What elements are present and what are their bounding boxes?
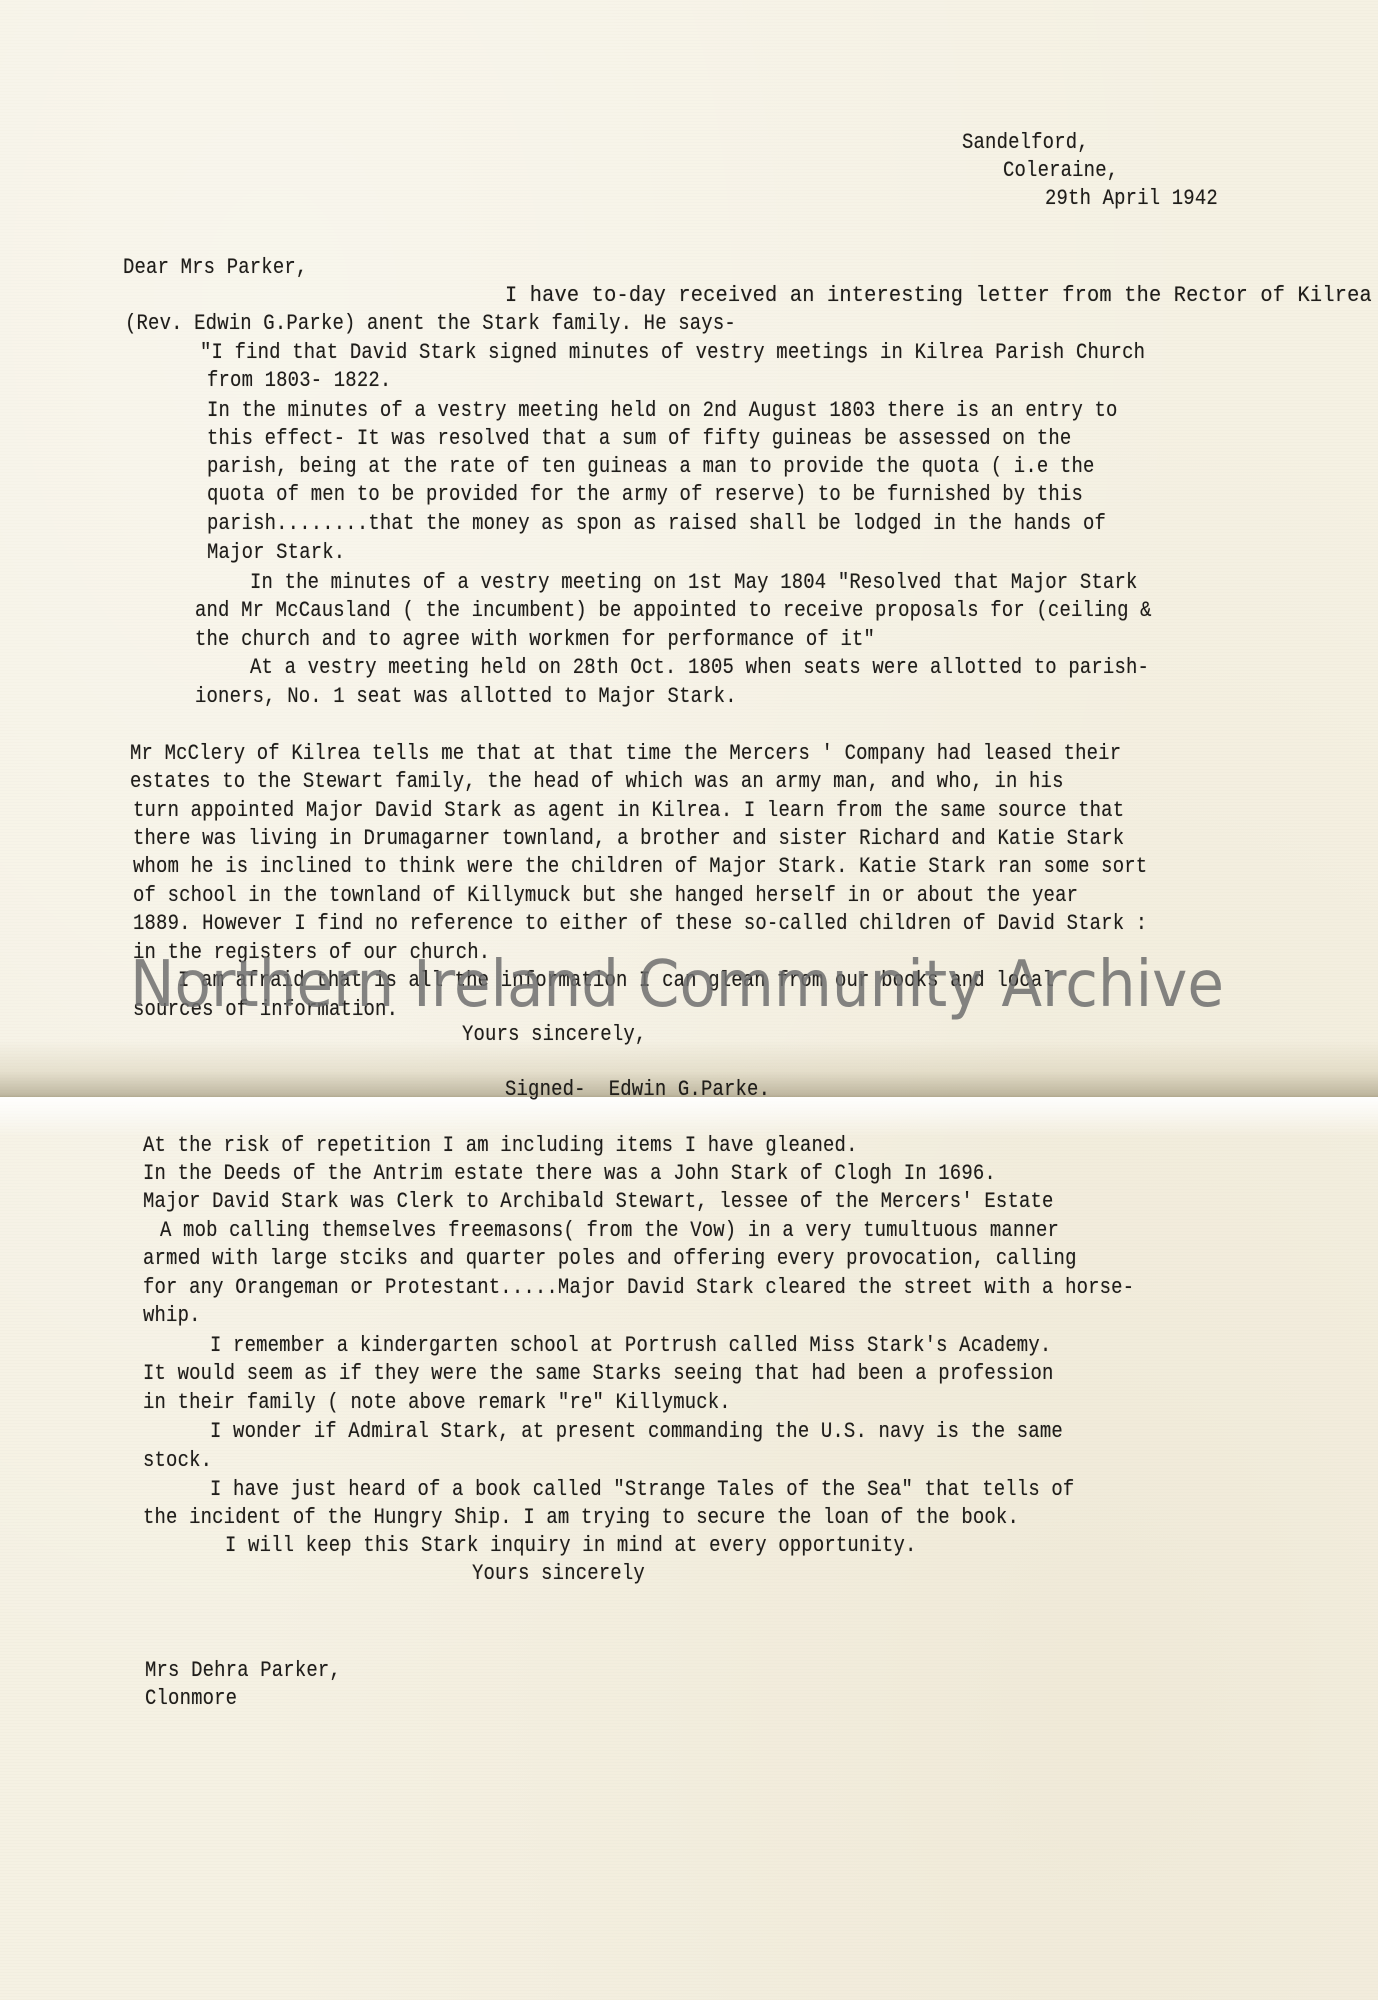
letter-text-line: estates to the Stewart family, the head … [130, 769, 1064, 795]
letter-text-line: whip. [143, 1303, 201, 1329]
letter-text-line: I have just heard of a book called "Stra… [210, 1477, 1074, 1503]
letter-text-line: armed with large stciks and quarter pole… [143, 1246, 1077, 1272]
closing-yours-sincerely-2: Yours sincerely [472, 1561, 645, 1587]
letter-text-line: "I find that David Stark signed minutes … [200, 340, 1145, 366]
letter-text-line: Mr McClery of Kilrea tells me that at th… [130, 741, 1121, 767]
letter-text-line: this effect- It was resolved that a sum … [207, 426, 1071, 452]
letter-text-line: for any Orangeman or Protestant.....Majo… [143, 1275, 1134, 1301]
letter-text-line: parish........that the money as spon as … [207, 511, 1106, 537]
signature-line: Signed- Edwin G.Parke. [505, 1077, 770, 1103]
letter-text-line: Major David Stark was Clerk to Archibald… [143, 1189, 1054, 1215]
letter-text-line: A mob calling themselves freemasons( fro… [160, 1218, 1059, 1244]
letter-text-line: I will keep this Stark inquiry in mind a… [225, 1533, 917, 1559]
letter-text-line: in their family ( note above remark "re"… [143, 1390, 731, 1416]
letter-text-line: turn appointed Major David Stark as agen… [133, 798, 1124, 824]
letter-text-line: the incident of the Hungry Ship. I am tr… [143, 1505, 1019, 1531]
letter-text-line: At the risk of repetition I am including… [143, 1133, 858, 1159]
letter-text-line: (Rev. Edwin G.Parke) anent the Stark fam… [125, 311, 736, 337]
letter-text-line: whom he is inclined to think were the ch… [133, 854, 1147, 880]
address-line: Sandelford, [962, 130, 1089, 156]
letter-text-line: and Mr McCausland ( the incumbent) be ap… [195, 598, 1152, 624]
address-line: Coleraine, [1003, 158, 1118, 184]
closing-yours-sincerely: Yours sincerely, [462, 1022, 646, 1048]
letter-text-line: stock. [143, 1448, 212, 1474]
letter-text-line: In the minutes of a vestry meeting on 1s… [250, 570, 1137, 596]
letter-text-line: I have to-day received an interesting le… [505, 283, 1372, 309]
letter-text-line: It would seem as if they were the same S… [143, 1361, 1054, 1387]
letter-text-line: parish, being at the rate of ten guineas… [207, 454, 1094, 480]
salutation: Dear Mrs Parker, [123, 255, 307, 281]
letter-text-line: from 1803- 1822. [207, 368, 391, 394]
letter-text-line: quota of men to be provided for the army… [207, 482, 1083, 508]
letter-text-line: In the Deeds of the Antrim estate there … [143, 1161, 996, 1187]
archive-watermark: Northern Ireland Community Archive [130, 945, 1224, 1025]
letter-text-line: At a vestry meeting held on 28th Oct. 18… [250, 655, 1149, 681]
letter-text-line: In the minutes of a vestry meeting held … [207, 398, 1118, 424]
letter-text-line: 1889. However I find no reference to eit… [133, 911, 1147, 937]
letter-text-line: I remember a kindergarten school at Port… [210, 1333, 1051, 1359]
letter-text-line: Major Stark. [207, 540, 345, 566]
letter-text-line: there was living in Drumagarner townland… [133, 826, 1124, 852]
letter-text-line: the church and to agree with workmen for… [195, 627, 875, 653]
date-line: 29th April 1942 [1045, 186, 1218, 212]
letter-text-line: ioners, No. 1 seat was allotted to Major… [195, 684, 737, 710]
fold-crease-highlight [0, 1097, 1378, 1137]
recipient-place: Clonmore [145, 1686, 237, 1712]
letter-text-line: I wonder if Admiral Stark, at present co… [210, 1419, 1063, 1445]
recipient-name: Mrs Dehra Parker, [145, 1658, 341, 1684]
letter-text-line: of school in the townland of Killymuck b… [133, 883, 1078, 909]
